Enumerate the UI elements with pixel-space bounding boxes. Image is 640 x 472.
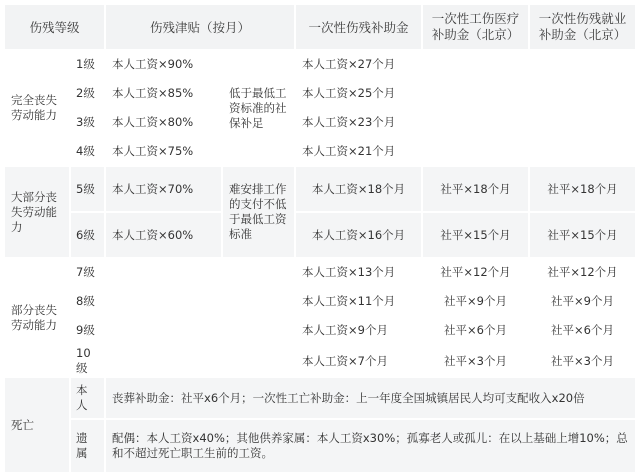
allowance-note	[223, 259, 294, 376]
lump-medical-cell: 社平×3个月	[423, 346, 528, 376]
level-cell: 4级	[71, 138, 104, 165]
lump-disability-cell: 本人工资×9个月	[296, 317, 421, 344]
lump-disability-cell: 本人工资×13个月	[296, 259, 421, 286]
work-injury-benefits-table: 伤残等级 伤残津贴（按月） 一次性伤残补助金 一次性工伤医疗补助金（北京） 一次…	[3, 3, 637, 472]
allowance-cell: 本人工资×80%	[106, 109, 221, 136]
group-name: 完全丧失劳动能力	[5, 51, 69, 165]
level-cell: 8级	[71, 288, 104, 315]
level-cell: 5级	[71, 167, 104, 211]
lump-employment-cell: 社平×12个月	[530, 259, 635, 286]
allowance-cell: 本人工资×60%	[106, 213, 221, 257]
allowance-note: 难安排工作的支付不低于最低工资标准	[223, 167, 294, 257]
header-lump-disability: 一次性伤残补助金	[296, 5, 421, 49]
header-allowance: 伤残津贴（按月）	[106, 5, 294, 49]
table-row: 9级 本人工资×9个月 社平×6个月 社平×6个月	[5, 317, 635, 344]
group-name: 大部分丧失劳动能力	[5, 167, 69, 257]
lump-employment-cell: 社平×15个月	[530, 213, 635, 257]
lump-medical-cell: 社平×12个月	[423, 259, 528, 286]
lump-disability-cell: 本人工资×16个月	[296, 213, 421, 257]
allowance-cell	[106, 259, 221, 286]
table-row: 3级 本人工资×80% 本人工资×23个月	[5, 109, 635, 136]
level-cell: 7级	[71, 259, 104, 286]
lump-medical-cell: 社平×15个月	[423, 213, 528, 257]
level-cell: 9级	[71, 317, 104, 344]
table-row: 完全丧失劳动能力 1级 本人工资×90% 低于最低工资标准的社保补足 本人工资×…	[5, 51, 635, 78]
level-cell: 1级	[71, 51, 104, 78]
lump-medical-cell	[423, 109, 528, 136]
lump-employment-cell	[530, 80, 635, 107]
level-cell: 3级	[71, 109, 104, 136]
lump-employment-cell: 社平×3个月	[530, 346, 635, 376]
table-row: 4级 本人工资×75% 本人工资×21个月	[5, 138, 635, 165]
death-dependents-label: 遗属	[71, 420, 104, 472]
header-lump-employment: 一次性伤残就业补助金（北京）	[530, 5, 635, 49]
header-row: 伤残等级 伤残津贴（按月） 一次性伤残补助金 一次性工伤医疗补助金（北京） 一次…	[5, 5, 635, 49]
allowance-cell	[106, 346, 221, 376]
lump-medical-cell: 社平×6个月	[423, 317, 528, 344]
table-row: 部分丧失劳动能力 7级 本人工资×13个月 社平×12个月 社平×12个月	[5, 259, 635, 286]
allowance-cell: 本人工资×90%	[106, 51, 221, 78]
header-lump-medical: 一次性工伤医疗补助金（北京）	[423, 5, 528, 49]
death-self-label: 本人	[71, 378, 104, 418]
table-row: 10级 本人工资×7个月 社平×3个月 社平×3个月	[5, 346, 635, 376]
lump-medical-cell: 社平×18个月	[423, 167, 528, 211]
allowance-cell: 本人工资×75%	[106, 138, 221, 165]
lump-disability-cell: 本人工资×25个月	[296, 80, 421, 107]
level-cell: 6级	[71, 213, 104, 257]
table-row: 大部分丧失劳动能力 5级 本人工资×70% 难安排工作的支付不低于最低工资标准 …	[5, 167, 635, 211]
lump-disability-cell: 本人工资×21个月	[296, 138, 421, 165]
lump-disability-cell: 本人工资×18个月	[296, 167, 421, 211]
lump-employment-cell: 社平×6个月	[530, 317, 635, 344]
lump-medical-cell	[423, 80, 528, 107]
group-name: 部分丧失劳动能力	[5, 259, 69, 376]
table-row: 2级 本人工资×85% 本人工资×25个月	[5, 80, 635, 107]
lump-disability-cell: 本人工资×23个月	[296, 109, 421, 136]
lump-disability-cell: 本人工资×7个月	[296, 346, 421, 376]
death-dependents-text: 配偶：本人工资x40%；其他供养家属：本人工资x30%；孤寡老人或孤儿：在以上基…	[106, 420, 635, 472]
death-row-dependents: 遗属 配偶：本人工资x40%；其他供养家属：本人工资x30%；孤寡老人或孤儿：在…	[5, 420, 635, 472]
allowance-cell	[106, 288, 221, 315]
lump-employment-cell	[530, 138, 635, 165]
lump-medical-cell	[423, 51, 528, 78]
death-self-text: 丧葬补助金：社平x6个月；一次性工亡补助金：上一年度全国城镇居民人均可支配收入x…	[106, 378, 635, 418]
header-level: 伤残等级	[5, 5, 104, 49]
lump-disability-cell: 本人工资×11个月	[296, 288, 421, 315]
level-cell: 10级	[71, 346, 104, 376]
death-row-self: 死亡 本人 丧葬补助金：社平x6个月；一次性工亡补助金：上一年度全国城镇居民人均…	[5, 378, 635, 418]
lump-medical-cell	[423, 138, 528, 165]
allowance-cell: 本人工资×85%	[106, 80, 221, 107]
lump-employment-cell: 社平×18个月	[530, 167, 635, 211]
death-label: 死亡	[5, 378, 69, 472]
lump-disability-cell: 本人工资×27个月	[296, 51, 421, 78]
allowance-cell	[106, 317, 221, 344]
table-row: 6级 本人工资×60% 本人工资×16个月 社平×15个月 社平×15个月	[5, 213, 635, 257]
allowance-cell: 本人工资×70%	[106, 167, 221, 211]
lump-medical-cell: 社平×9个月	[423, 288, 528, 315]
table-row: 8级 本人工资×11个月 社平×9个月 社平×9个月	[5, 288, 635, 315]
lump-employment-cell: 社平×9个月	[530, 288, 635, 315]
lump-employment-cell	[530, 51, 635, 78]
lump-employment-cell	[530, 109, 635, 136]
level-cell: 2级	[71, 80, 104, 107]
allowance-note: 低于最低工资标准的社保补足	[223, 51, 294, 165]
